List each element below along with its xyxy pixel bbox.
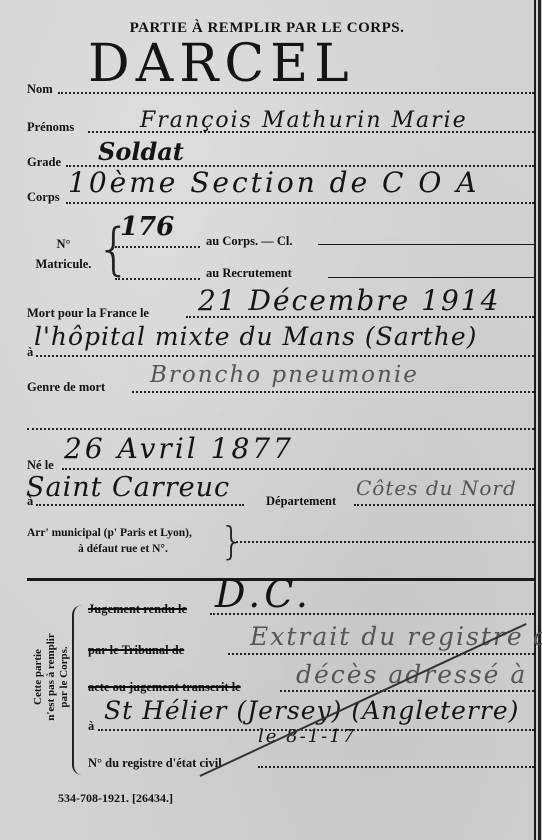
acte-value: décès adressé à (296, 660, 527, 689)
print-reference: 534-708-1921. [26434.] (58, 791, 173, 806)
transcription-date-value: le 8-1-17 (258, 726, 356, 747)
genre-de-mort-label: Genre de mort (27, 380, 105, 395)
mort-a-label: à (27, 345, 33, 360)
side-note-line1: Cette partie (32, 612, 44, 742)
transcription-a-label: à (88, 719, 94, 734)
mort-lieu-value: l'hôpital mixte du Mans (Sarthe) (34, 322, 477, 351)
nom-value: DARCEL (88, 34, 355, 94)
acte-line (280, 690, 534, 692)
departement-value: Côtes du Nord (356, 476, 517, 500)
death-record-card: PARTIE À REMPLIR PAR LE CORPS. Nom DARCE… (0, 0, 542, 840)
card-border (538, 0, 541, 840)
departement-label: Département (266, 494, 336, 509)
matricule-corps-line (115, 246, 200, 248)
bracket (72, 605, 84, 775)
matricule-label-no: N° (26, 237, 101, 252)
corps-line (66, 202, 534, 204)
naissance-label: Né le (27, 458, 54, 473)
side-note-line2: n'est pas à remplir (45, 612, 57, 742)
acte-label: acte ou jugement transcrit le (88, 680, 241, 695)
naissance-lieu-value: Saint Carreuc (26, 472, 230, 503)
grade-label: Grade (27, 155, 61, 170)
prenoms-value: François Mathurin Marie (140, 108, 468, 133)
grade-value: Soldat (98, 137, 184, 166)
genre-de-mort-line (132, 391, 534, 393)
tribunal-line (228, 653, 534, 655)
departement-line (354, 504, 534, 506)
jugement-value: D.C. (215, 572, 312, 616)
classe-line (318, 244, 534, 245)
mort-label: Mort pour la France le (27, 306, 149, 321)
arrondissement-label: Arr' municipal (p' Paris et Lyon), (27, 527, 192, 539)
naissance-line (62, 468, 534, 470)
arrondissement-label-2: à défaut rue et N°. (78, 543, 168, 555)
side-note-line3: par le Corps. (58, 612, 70, 742)
naissance-lieu-line (36, 504, 244, 506)
naissance-date-value: 26 Avril 1877 (64, 432, 294, 465)
recrutement-line (328, 277, 534, 278)
mort-lieu-line (36, 355, 534, 357)
matricule-corps-value: 176 (120, 212, 174, 242)
mort-date-value: 21 Décembre 1914 (198, 284, 500, 317)
registre-line (258, 766, 534, 768)
genre-de-mort-value: Broncho pneumonie (150, 362, 419, 388)
matricule-recrutement-line (115, 278, 200, 280)
corps-value: 10ème Section de C O A (68, 166, 479, 199)
arrondissement-line (236, 541, 534, 543)
nom-label: Nom (27, 82, 53, 97)
registre-label: N° du registre d'état civil (88, 756, 222, 771)
prenoms-label: Prénoms (27, 120, 74, 135)
card-border (534, 0, 536, 840)
transcription-a-value: St Hélier (Jersey) (Angleterre) (104, 696, 519, 725)
matricule-label: Matricule. (26, 257, 101, 272)
corps-label: Corps (27, 190, 60, 205)
au-corps-label: au Corps. — Cl. (206, 234, 292, 249)
au-recrutement-label: au Recrutement (206, 266, 292, 281)
jugement-label: Jugement rendu le (88, 602, 187, 617)
extra-line (27, 428, 534, 430)
tribunal-label: par le Tribunal de (88, 643, 184, 658)
